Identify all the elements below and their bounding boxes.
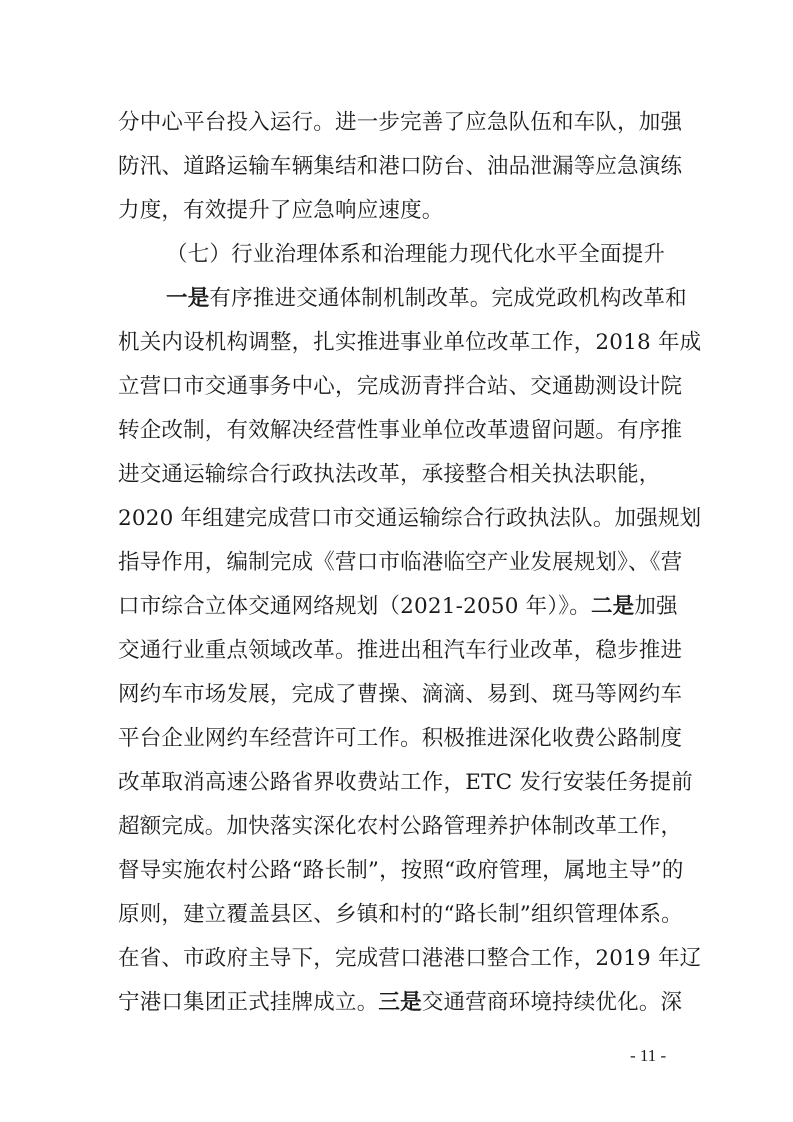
body-line-6: 机关内设机构调整，扎实推进事业单位改革工作，2018 年成 <box>118 325 674 369</box>
body-line-20: 在省、市政府主导下，完成营口港港口整合工作，2019 年辽 <box>118 941 674 985</box>
body-line-1: 分中心平台投入运行。进一步完善了应急队伍和车队，加强 <box>118 105 674 149</box>
body-line-18: 督导实施农村公路“路长制”，按照“政府管理，属地主导”的 <box>118 853 674 897</box>
line-text: 立营口市交通事务中心，完成沥青拌合站、交通勘测设计院 <box>118 374 682 399</box>
line-text: 防汛、道路运输车辆集结和港口防台、油品泄漏等应急演练 <box>118 154 682 179</box>
line-text: 督导实施农村公路“路长制”，按照“政府管理，属地主导”的 <box>118 858 684 883</box>
body-line-8: 转企改制，有效解决经营性事业单位改革遗留问题。有序推 <box>118 413 674 457</box>
body-line-5: 一是有序推进交通体制机制改革。完成党政机构改革和 <box>118 281 674 325</box>
line-text: 力度，有效提升了应急响应速度。 <box>118 198 444 223</box>
body-line-3: 力度，有效提升了应急响应速度。 <box>118 193 674 237</box>
line-text: 网约车市场发展，完成了曹操、滴滴、易到、斑马等网约车 <box>118 682 682 707</box>
document-page: 分中心平台投入运行。进一步完善了应急队伍和车队，加强 防汛、道路运输车辆集结和港… <box>118 105 674 1029</box>
body-line-17: 超额完成。加快落实深化农村公路管理养护体制改革工作， <box>118 809 674 853</box>
line-text: 2020 年组建完成营口市交通运输综合行政执法队。加强规划 <box>118 506 701 531</box>
body-line-12: 口市综合立体交通网络规划（2021-2050 年）》。二是加强 <box>118 589 674 633</box>
line-text: 分中心平台投入运行。进一步完善了应急队伍和车队，加强 <box>118 110 682 135</box>
line-text-after: 交通营商环境持续优化。深 <box>422 990 682 1015</box>
body-line-14: 网约车市场发展，完成了曹操、滴滴、易到、斑马等网约车 <box>118 677 674 721</box>
line-text: 原则，建立覆盖县区、乡镇和村的“路长制”组织管理体系。 <box>118 902 683 927</box>
line-text: 超额完成。加快落实深化农村公路管理养护体制改革工作， <box>118 814 682 839</box>
bold-lead: 一是 <box>166 286 209 311</box>
body-line-9: 进交通运输综合行政执法改革，承接整合相关执法职能， <box>118 457 674 501</box>
body-line-11: 指导作用，编制完成《营口市临港临空产业发展规划》、《营 <box>118 545 674 589</box>
body-line-21: 宁港口集团正式挂牌成立。三是交通营商环境持续优化。深 <box>118 985 674 1029</box>
line-text: 在省、市政府主导下，完成营口港港口整合工作，2019 年辽 <box>118 946 701 971</box>
line-text: 改革取消高速公路省界收费站工作，ETC 发行安装任务提前 <box>118 770 693 795</box>
line-text: 宁港口集团正式挂牌成立。 <box>118 990 378 1015</box>
heading-text: （七）行业治理体系和治理能力现代化水平全面提升 <box>166 242 665 267</box>
line-text: 指导作用，编制完成《营口市临港临空产业发展规划》、《营 <box>118 550 682 575</box>
body-line-16: 改革取消高速公路省界收费站工作，ETC 发行安装任务提前 <box>118 765 674 809</box>
line-text: 有序推进交通体制机制改革。完成党政机构改革和 <box>209 286 686 311</box>
line-text: 口市综合立体交通网络规划（2021-2050 年）》。 <box>118 594 591 619</box>
section-heading: （七）行业治理体系和治理能力现代化水平全面提升 <box>118 237 674 281</box>
line-text-after: 加强 <box>634 594 677 619</box>
body-line-10: 2020 年组建完成营口市交通运输综合行政执法队。加强规划 <box>118 501 674 545</box>
bold-lead: 三是 <box>378 990 421 1015</box>
line-text: 交通行业重点领域改革。推进出租汽车行业改革，稳步推进 <box>118 638 682 663</box>
body-line-15: 平台企业网约车经营许可工作。积极推进深化收费公路制度 <box>118 721 674 765</box>
bold-lead: 二是 <box>591 594 634 619</box>
line-text: 平台企业网约车经营许可工作。积极推进深化收费公路制度 <box>118 726 682 751</box>
line-text: 转企改制，有效解决经营性事业单位改革遗留问题。有序推 <box>118 418 682 443</box>
line-text: 进交通运输综合行政执法改革，承接整合相关执法职能， <box>118 462 661 487</box>
page-number: - 11 - <box>630 1046 666 1066</box>
body-line-19: 原则，建立覆盖县区、乡镇和村的“路长制”组织管理体系。 <box>118 897 674 941</box>
body-line-7: 立营口市交通事务中心，完成沥青拌合站、交通勘测设计院 <box>118 369 674 413</box>
body-line-2: 防汛、道路运输车辆集结和港口防台、油品泄漏等应急演练 <box>118 149 674 193</box>
line-text: 机关内设机构调整，扎实推进事业单位改革工作，2018 年成 <box>118 330 701 355</box>
body-line-13: 交通行业重点领域改革。推进出租汽车行业改革，稳步推进 <box>118 633 674 677</box>
